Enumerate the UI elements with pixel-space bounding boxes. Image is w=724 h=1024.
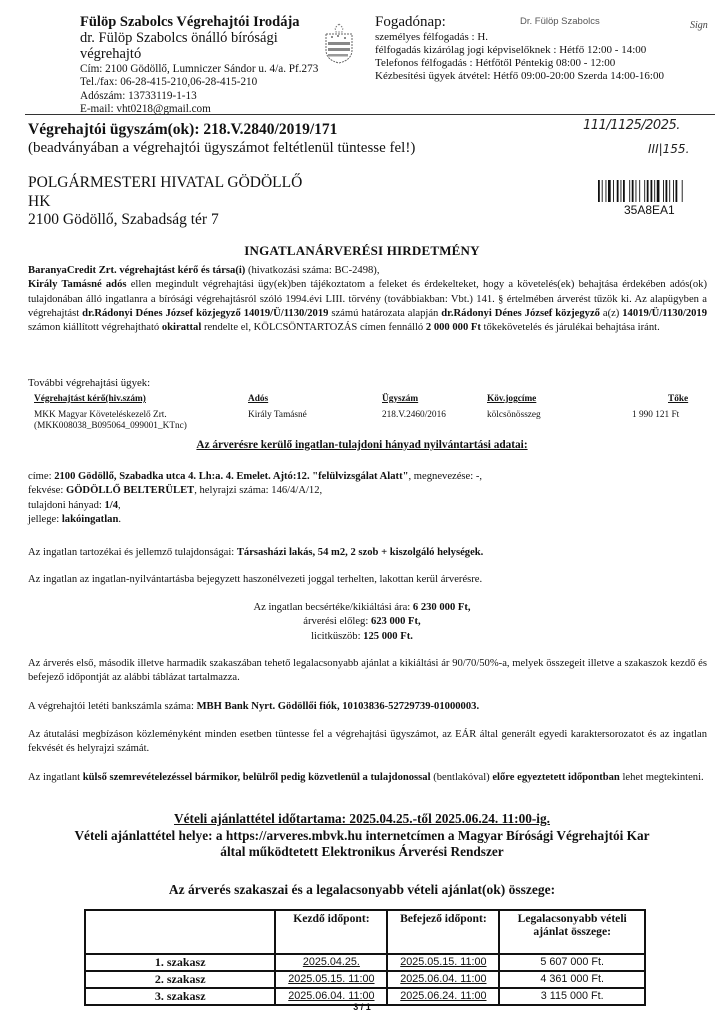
other-case-number: 218.V.2460/2016 — [382, 410, 446, 421]
viewing-note: Az ingatlant külső szemrevételezéssel bá… — [28, 771, 707, 785]
encumbrance-paragraph: Az ingatlan az ingatlan-nyilvántartásba … — [28, 573, 707, 587]
col-header-debtor: Adós — [248, 394, 268, 405]
transfer-note: Az átutalási megbízáson közleményként mi… — [28, 728, 707, 757]
ownership-share: 1/4 — [105, 500, 119, 511]
recipient-address: POLGÁRMESTERI HIVATAL GÖDÖLLŐ HK 2100 Gö… — [28, 174, 302, 230]
auction-deposit: 623 000 Ft — [371, 616, 418, 627]
notary-name: dr.Rádonyi Dénes József közjegyző — [441, 308, 600, 319]
reception-line: Telefonos félfogadás : Hétfőtől Péntekig… — [375, 57, 715, 70]
stage-start: 2025.05.15. 11:00 — [275, 971, 387, 988]
label: fekvése: — [28, 485, 66, 496]
stage-end: 2025.05.15. 11:00 — [387, 954, 499, 971]
text: külső szemrevételezéssel bármikor, belül… — [83, 772, 431, 783]
debtor: Király Tamásné adós — [28, 279, 126, 290]
property-address: 2100 Gödöllő, Szabadka utca 4. Lh:a. 4. … — [54, 471, 408, 482]
reception-hours: Fogadónap: Dr. Fülöp Szabolcs személyes … — [375, 14, 715, 83]
stages-note: Az árverés első, második illetve harmadi… — [28, 657, 707, 686]
label: , megnevezése: -, — [408, 471, 482, 482]
stage-end: 2025.06.04. 11:00 — [387, 971, 499, 988]
intro-text: rendelte el, KÖLCSÖNTARTOZÁS címen fenná… — [201, 322, 426, 333]
header-cell — [85, 910, 275, 954]
header-cell: Legalacsonyabb vételi ajánlat összege: — [499, 910, 645, 954]
document-title: INGATLANÁRVERÉSI HIRDETMÉNY — [0, 243, 724, 259]
case-number: Végrehajtói ügyszám(ok): 218.V.2840/2019… — [28, 121, 415, 139]
principal-amount: 2 000 000 Ft — [426, 322, 481, 333]
label: árverési előleg: — [303, 616, 371, 627]
office-tax-id: Adószám: 13733119-1-13 — [80, 90, 320, 103]
recipient-street: 2100 Gödöllő, Szabadság tér 7 — [28, 211, 302, 230]
label: licitküszöb: — [311, 631, 363, 642]
property-details: címe: 2100 Gödöllő, Szabadka utca 4. Lh:… — [28, 470, 707, 527]
text: lehet megtekinteni. — [620, 772, 704, 783]
creditor-name: MKK Magyar Követeléskezelő Zrt. — [34, 410, 187, 421]
property-location: GÖDÖLLŐ BELTERÜLET — [66, 485, 194, 496]
table-row: 1. szakasz 2025.04.25. 2025.05.15. 11:00… — [85, 954, 645, 971]
stamp-text: Dr. Fülöp Szabolcs — [520, 16, 600, 27]
col-header-creditor: Végrehajtást kérő(hiv.szám) — [34, 394, 146, 405]
recipient-name: POLGÁRMESTERI HIVATAL GÖDÖLLŐ — [28, 174, 302, 193]
other-cases-title: További végrehajtási ügyek: — [28, 377, 150, 389]
estimated-price: 6 230 000 Ft — [413, 602, 468, 613]
document-type: okirattal — [162, 322, 201, 333]
other-case-creditor: MKK Magyar Követeléskezelő Zrt. (MKK0080… — [34, 410, 187, 432]
price-block: Az ingatlan becsértéke/kikiáltási ára: 6… — [0, 601, 724, 644]
handwritten-registration: 111/1125/2025. — [583, 118, 680, 133]
text: (bentlakóval) — [431, 772, 493, 783]
text: Az ingatlant — [28, 772, 83, 783]
intro-text: tőkekövetelés és járulékai behajtása irá… — [481, 322, 660, 333]
header-divider — [25, 114, 715, 115]
offer-place: Vételi ajánlattétel helye: a https://arv… — [0, 828, 724, 845]
recipient-dept: HK — [28, 193, 302, 212]
stage-min-offer: 4 361 000 Ft. — [499, 971, 645, 988]
features-paragraph: Az ingatlan tartozékai és jellemző tulaj… — [28, 546, 707, 560]
offer-block: Vételi ajánlattétel időtartama: 2025.04.… — [0, 811, 724, 861]
stages-table: Kezdő időpont: Befejező időpont: Legalac… — [84, 909, 646, 1006]
creditor-ref: (MKK008038_B095064_099001_KTnc) — [34, 421, 187, 432]
header-cell: Kezdő időpont: — [275, 910, 387, 954]
text: előre egyeztetett időpontban — [492, 772, 620, 783]
offer-place-system: által működtetett Elektronikus Árverési … — [0, 844, 724, 861]
stages-title: Az árverés szakaszai és a legalacsonyabb… — [0, 882, 724, 898]
intro-text: a(z) — [600, 308, 622, 319]
intro-text: számú határozata alapján — [328, 308, 441, 319]
office-header: Fülöp Szabolcs Végrehajtói Irodája dr. F… — [80, 14, 320, 116]
reception-line: Kézbesítési ügyek átvétel: Hétfő 09:00-2… — [375, 70, 715, 83]
property-type: lakóingatlan — [62, 514, 119, 525]
stage-label: 1. szakasz — [85, 954, 275, 971]
property-section-title: Az árverésre kerülő ingatlan-tulajdoni h… — [0, 439, 724, 451]
label: címe: — [28, 471, 54, 482]
barcode-label: 35A8EA1 — [624, 203, 675, 217]
case-block: Végrehajtói ügyszám(ok): 218.V.2840/2019… — [28, 121, 415, 157]
notary-number: 14019/Ü/1130/2019 — [622, 308, 707, 319]
offer-period: Vételi ajánlattétel időtartama: 2025.04.… — [0, 811, 724, 828]
case-note: (beadványában a végrehajtói ügyszámot fe… — [28, 140, 415, 157]
office-name: Fülöp Szabolcs Végrehajtói Irodája — [80, 14, 320, 30]
property-features: Társasházi lakás, 54 m2, 2 szob + kiszol… — [237, 547, 483, 558]
col-header-principal: Tőke — [668, 394, 688, 405]
plot-number: , helyrajzi száma: 146/4/A/12, — [194, 485, 322, 496]
label: tulajdoni hányad: — [28, 500, 105, 511]
office-phone: Tel./fax: 06-28-415-210,06-28-415-210 — [80, 76, 320, 89]
signature-mark: Sign — [690, 20, 708, 31]
label: jellege: — [28, 514, 62, 525]
intro-paragraph: BaranyaCredit Zrt. végrehajtást kérő és … — [28, 264, 707, 335]
table-row: 2. szakasz 2025.05.15. 11:00 2025.06.04.… — [85, 971, 645, 988]
label: A végrehajtói letéti bankszámla száma: — [28, 701, 197, 712]
reception-line: személyes félfogadás : H. — [375, 31, 715, 44]
col-header-claim-type: Köv.jogcíme — [487, 394, 536, 405]
creditor-ref: (hivatkozási száma: BC-2498), — [245, 265, 379, 276]
bank-account: A végrehajtói letéti bankszámla száma: M… — [28, 700, 707, 714]
other-case-principal: 1 990 121 Ft — [632, 410, 679, 421]
creditor: BaranyaCredit Zrt. végrehajtást kérő és … — [28, 265, 245, 276]
intro-text: számon kiállított végrehajtható — [28, 322, 162, 333]
label: Az ingatlan tartozékai és jellemző tulaj… — [28, 547, 237, 558]
bid-increment: 125 000 Ft — [363, 631, 410, 642]
notary-ref: dr.Rádonyi Dénes József közjegyző 14019/… — [82, 308, 328, 319]
handwritten-number: III|155. — [648, 142, 689, 156]
table-header-row: Kezdő időpont: Befejező időpont: Legalac… — [85, 910, 645, 954]
officer-title: dr. Fülöp Szabolcs önálló bírósági végre… — [80, 30, 320, 62]
page-number: 3 / 1 — [0, 1002, 724, 1012]
label: Az ingatlan becsértéke/kikiáltási ára: — [253, 602, 412, 613]
stage-start: 2025.04.25. — [275, 954, 387, 971]
header-cell: Befejező időpont: — [387, 910, 499, 954]
other-case-debtor: Király Tamásné — [248, 410, 307, 421]
coat-of-arms-icon — [322, 22, 356, 64]
stage-label: 2. szakasz — [85, 971, 275, 988]
stage-min-offer: 5 607 000 Ft. — [499, 954, 645, 971]
other-case-claim: kölcsönösszeg — [487, 410, 541, 421]
col-header-case-no: Ügyszám — [382, 394, 418, 405]
bank-account-number: MBH Bank Nyrt. Gödöllői fiók, 10103836-5… — [197, 701, 477, 712]
office-address: Cím: 2100 Gödöllő, Lumniczer Sándor u. 4… — [80, 63, 320, 76]
barcode — [598, 180, 708, 202]
reception-line: félfogadás kizárólag jogi képviselőknek … — [375, 44, 715, 57]
